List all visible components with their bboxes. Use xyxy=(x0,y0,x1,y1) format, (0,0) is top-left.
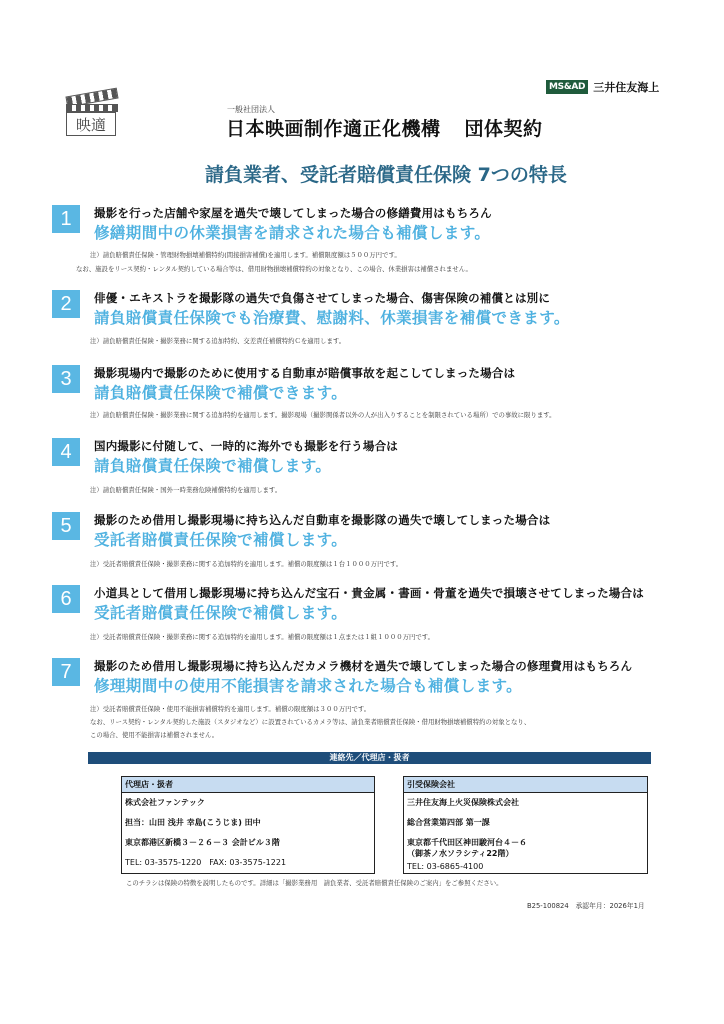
feature-lead: 撮影現場内で撮影のために使用する自動車が賠償事故を起こしてしまった場合は xyxy=(94,365,515,381)
feature-number: 1 xyxy=(52,205,80,233)
feature-note: 注）受託者賠償責任保険・撮影業務に関する追加特約を適用します。補償の限度額は１点… xyxy=(90,632,434,641)
agent-phone: TEL: 03-3575-1220 FAX: 03-3575-1221 xyxy=(122,857,374,868)
feature-highlight: 受託者賠償責任保険で補償します。 xyxy=(94,528,347,550)
feature-note: 注）請負賠償責任保険・国外一時業務危険補償特約を適用します。 xyxy=(90,485,281,494)
feature-note: 注）請負賠償責任保険・管理財物損壊補償特約(間接損害補償)を適用します。補償限度… xyxy=(90,250,401,259)
document-code: B25-100824 承認年月：2026年1月 xyxy=(527,900,645,910)
feature-note: 注）請負賠償責任保険・撮影業務に関する追加特約を適用します。撮影現場（撮影関係者… xyxy=(90,410,556,419)
feature-highlight: 請負賠償責任保険でも治療費、慰謝料、休業損害を補償できます。 xyxy=(94,306,570,328)
msad-badge: MS&AD xyxy=(546,80,588,94)
feature-highlight: 請負賠償責任保険で補償します。 xyxy=(94,454,331,476)
footer-note: このチラシは保険の特徴を説明したものです。詳細は「撮影業務用 請負業者、受託者賠… xyxy=(126,878,503,887)
eiteki-logo: 映適 xyxy=(62,88,120,138)
clapperboard-stripe xyxy=(66,104,118,112)
feature-note: 注）請負賠償責任保険・撮影業務に関する追加特約、交差責任補償特約Ｃを適用します。 xyxy=(90,336,345,345)
feature-highlight: 請負賠償責任保険で補償できます。 xyxy=(94,381,347,403)
org-title: 日本映画制作適正化機構団体契約 xyxy=(226,114,543,141)
feature-note: 注）受託者賠償責任保険・撮影業務に関する追加特約を適用します。補償の限度額は１台… xyxy=(90,559,402,568)
insurer-card-header: 引受保険会社 xyxy=(404,777,647,793)
feature-lead: 俳優・エキストラを撮影隊の過失で負傷させてしまった場合、傷害保険の補償とは別に xyxy=(94,290,550,306)
feature-number: 6 xyxy=(52,585,80,613)
insurer-address-1: 東京都千代田区神田駿河台４－６ xyxy=(404,837,647,848)
page-title: 請負業者、受託者賠償責任保険 7つの特長 xyxy=(205,160,567,187)
insurer-department: 総合営業第四部 第一課 xyxy=(404,817,647,828)
feature-number: 4 xyxy=(52,438,80,466)
feature-note: この場合、使用不能損害は補償されません。 xyxy=(90,730,218,739)
feature-number: 5 xyxy=(52,512,80,540)
insurer-address-2: （御茶ノ水ソラシティ22階） xyxy=(404,848,647,859)
feature-note: なお、リース契約・レンタル契約した施設（スタジオなど）に設置されているカメラ等は… xyxy=(90,717,530,726)
agent-company: 株式会社ファンテック xyxy=(122,797,374,808)
feature-number: 7 xyxy=(52,658,80,686)
agent-card: 代理店・扱者 株式会社ファンテック 担当：山田 浅井 幸島(こうじま) 田中 東… xyxy=(121,776,375,874)
feature-note: 注）受託者賠償責任保険・使用不能損害補償特約を適用します。補償の限度額は３００万… xyxy=(90,704,370,713)
feature-number: 2 xyxy=(52,290,80,318)
feature-note: なお、施設をリース契約・レンタル契約している場合等は、借用財物損壊補償特約の対象… xyxy=(76,264,472,273)
feature-highlight: 修繕期間中の休業損害を請求された場合も補償します。 xyxy=(94,221,490,243)
feature-lead: 小道具として借用し撮影現場に持ち込んだ宝石・貴金属・書画・骨董を過失で損壊させて… xyxy=(94,585,644,601)
feature-highlight: 修理期間中の使用不能損害を請求された場合も補償します。 xyxy=(94,674,522,696)
insurer-brand: MS&AD 三井住友海上 xyxy=(546,79,659,95)
insurer-phone: TEL: 03-6865-4100 xyxy=(404,862,647,871)
feature-highlight: 受託者賠償責任保険で補償します。 xyxy=(94,601,347,623)
agent-card-header: 代理店・扱者 xyxy=(122,777,374,793)
contact-bar: 連絡先／代理店・扱者 xyxy=(88,752,651,764)
feature-lead: 撮影のため借用し撮影現場に持ち込んだカメラ機材を過失で壊してしまった場合の修理費… xyxy=(94,658,632,674)
insurer-card: 引受保険会社 三井住友海上火災保険株式会社 総合営業第四部 第一課 東京都千代田… xyxy=(403,776,648,874)
insurer-brand-name: 三井住友海上 xyxy=(593,79,659,95)
contract-type: 団体契約 xyxy=(465,118,543,140)
feature-lead: 撮影のため借用し撮影現場に持ち込んだ自動車を撮影隊の過失で壊してしまった場合は xyxy=(94,512,550,528)
feature-lead: 撮影を行った店舗や家屋を過失で壊してしまった場合の修繕費用はもちろん xyxy=(94,205,492,221)
insurer-company: 三井住友海上火災保険株式会社 xyxy=(404,797,647,808)
feature-lead: 国内撮影に付随して、一時的に海外でも撮影を行う場合は xyxy=(94,438,398,454)
org-name: 日本映画制作適正化機構 xyxy=(226,118,441,140)
agent-staff: 担当：山田 浅井 幸島(こうじま) 田中 xyxy=(122,817,374,828)
feature-number: 3 xyxy=(52,365,80,393)
logo-text: 映適 xyxy=(66,112,116,136)
agent-address: 東京都港区新橋３－２６－３ 会計ビル３階 xyxy=(122,837,374,848)
